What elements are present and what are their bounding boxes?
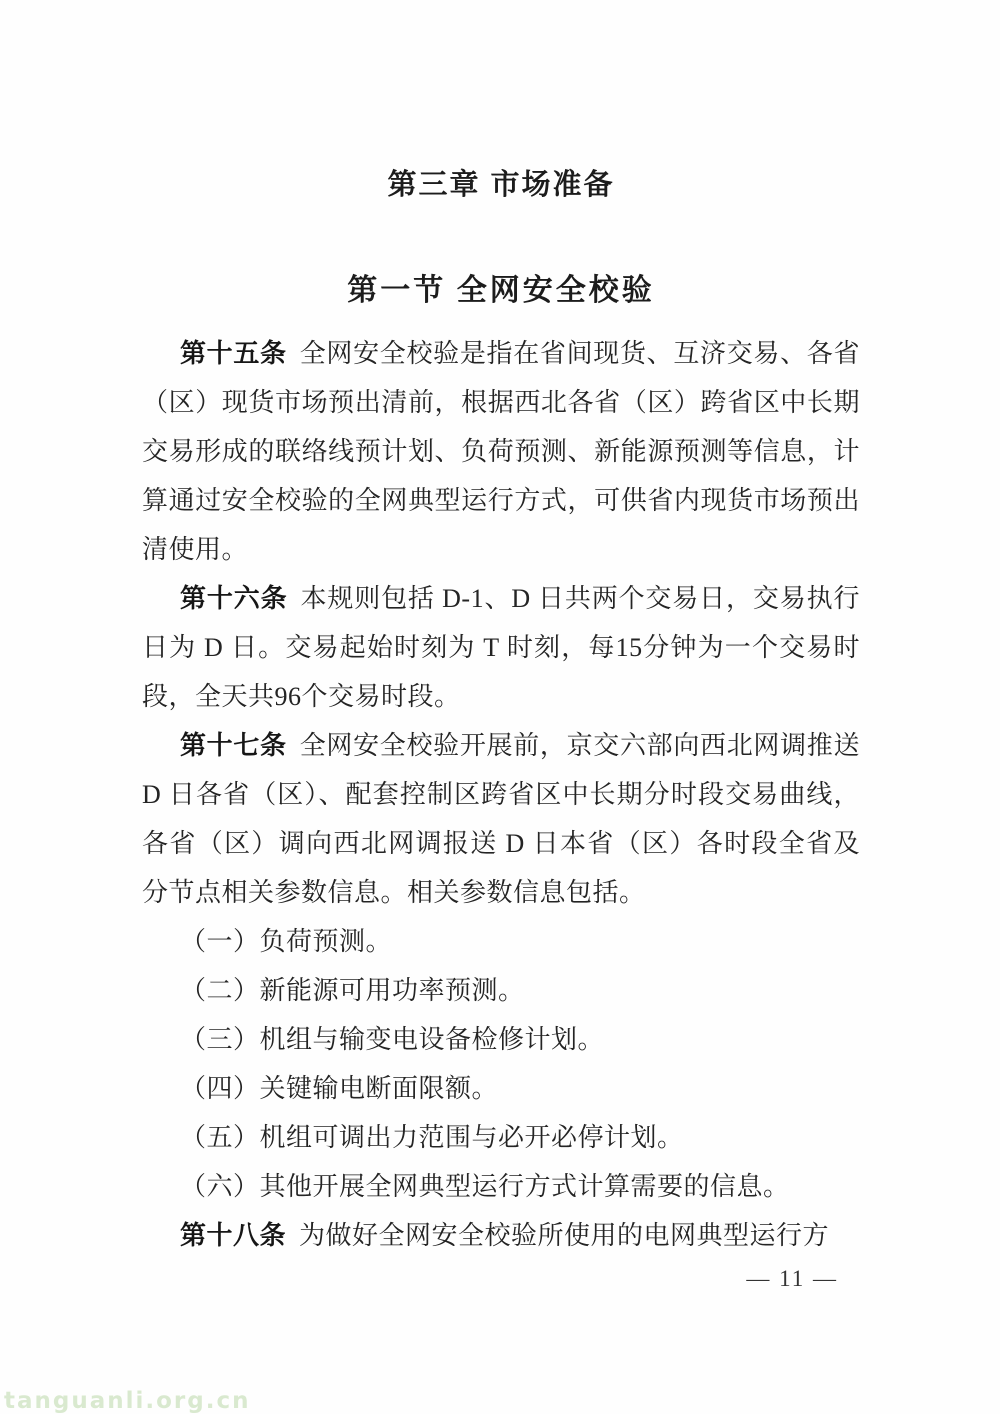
- article-18-text: 为做好全网安全校验所使用的电网典型运行方: [299, 1221, 829, 1250]
- article-17-paragraph: 第十七条全网安全校验开展前，京交六部向西北网调推送 D 日各省（区）、配套控制区…: [142, 721, 860, 917]
- body-text-block: 第十五条全网安全校验是指在省间现货、互济交易、各省（区）现货市场预出清前，根据西…: [142, 329, 860, 1260]
- page-content: 第三章 市场准备 第一节 全网安全校验 第十五条全网安全校验是指在省间现货、互济…: [0, 0, 1000, 1294]
- list-item-2: （二）新能源可用功率预测。: [142, 966, 860, 1015]
- page-number: — 11 —: [142, 1264, 860, 1294]
- list-item-5: （五）机组可调出力范围与必开必停计划。: [142, 1113, 860, 1162]
- list-item-1: （一）负荷预测。: [142, 917, 860, 966]
- section-heading: 第一节 全网安全校验: [142, 273, 860, 309]
- list-item-6: （六）其他开展全网典型运行方式计算需要的信息。: [142, 1162, 860, 1211]
- article-15-text: 全网安全校验是指在省间现货、互济交易、各省（区）现货市场预出清前，根据西北各省（…: [142, 339, 860, 564]
- article-18-number: 第十八条: [180, 1221, 286, 1250]
- list-item-4: （四）关键输电断面限额。: [142, 1064, 860, 1113]
- chapter-heading: 第三章 市场准备: [142, 167, 860, 203]
- article-15-number: 第十五条: [180, 339, 287, 368]
- article-16-paragraph: 第十六条本规则包括 D-1、D 日共两个交易日，交易执行日为 D 日。交易起始时…: [142, 574, 860, 721]
- list-item-3: （三）机组与输变电设备检修计划。: [142, 1015, 860, 1064]
- article-16-number: 第十六条: [180, 584, 287, 613]
- article-18-paragraph: 第十八条为做好全网安全校验所使用的电网典型运行方: [142, 1211, 860, 1260]
- watermark: tanguanli.org.cn: [4, 1388, 250, 1414]
- article-17-number: 第十七条: [180, 731, 287, 760]
- article-15-paragraph: 第十五条全网安全校验是指在省间现货、互济交易、各省（区）现货市场预出清前，根据西…: [142, 329, 860, 574]
- document-page: 第三章 市场准备 第一节 全网安全校验 第十五条全网安全校验是指在省间现货、互济…: [0, 0, 1000, 1414]
